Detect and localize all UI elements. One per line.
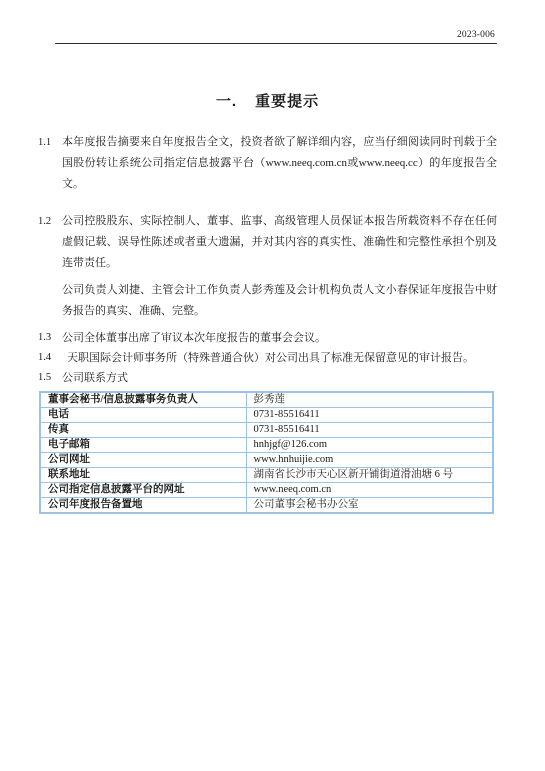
doc-number: 2023-006: [38, 29, 497, 42]
table-row-email: 电子邮箱 hnhjgf@126.com: [40, 438, 493, 453]
document-page: 2023-006 一.重要提示 1.1 本年度报告摘要来自年度报告全文，投资者欲…: [0, 0, 545, 771]
paragraph-1-2: 1.2 公司控股股东、实际控制人、董事、监事、高级管理人员保证本报告所载资料不存…: [38, 211, 497, 322]
paragraph-text: 公司全体董事出席了审议本次年度报告的董事会会议。: [62, 328, 497, 348]
table-row-disclosure-platform: 公司指定信息披露平台的网址 www.neeq.com.cn: [40, 483, 493, 498]
row-value: 彭秀莲: [246, 392, 493, 408]
table-row-phone: 电话 0731-85516411: [40, 408, 493, 423]
row-label: 联系地址: [40, 468, 246, 483]
paragraph-number: 1.4: [38, 348, 62, 368]
row-value: 0731-85516411: [246, 423, 493, 438]
row-value: hnhjgf@126.com: [246, 438, 493, 453]
paragraph-1-3: 1.3 公司全体董事出席了审议本次年度报告的董事会会议。: [38, 328, 497, 348]
page-title-text: 重要提示: [255, 93, 319, 110]
paragraph-1-2-continued: 公司负责人刘捷、主管会计工作负责人彭秀莲及会计机构负责人文小春保证年度报告中财务…: [62, 280, 497, 322]
row-label: 董事会秘书/信息披露事务负责人: [40, 392, 246, 408]
paragraph-text: 公司控股股东、实际控制人、董事、监事、高级管理人员保证本报告所载资料不存在任何虚…: [62, 211, 497, 274]
row-value: 公司董事会秘书办公室: [246, 498, 493, 514]
paragraph-text: 天职国际会计师事务所（特殊普通合伙）对公司出具了标准无保留意见的审计报告。: [62, 348, 497, 368]
paragraph-number: 1.5: [38, 368, 62, 388]
paragraph-1-4: 1.4 天职国际会计师事务所（特殊普通合伙）对公司出具了标准无保留意见的审计报告…: [38, 348, 497, 368]
row-label: 电子邮箱: [40, 438, 246, 453]
row-value: www.hnhuijie.com: [246, 453, 493, 468]
document-header: 2023-006: [38, 0, 497, 44]
row-label: 公司年度报告备置地: [40, 498, 246, 514]
table-row-secretary: 董事会秘书/信息披露事务负责人 彭秀莲: [40, 392, 493, 408]
table-row-report-location: 公司年度报告备置地 公司董事会秘书办公室: [40, 498, 493, 514]
paragraph-text: 公司联系方式: [62, 368, 497, 388]
paragraph-text: 本年度报告摘要来自年度报告全文，投资者欲了解详细内容，应当仔细阅读同时刊载于全国…: [62, 132, 497, 195]
paragraph-number: 1.3: [38, 328, 62, 348]
row-label: 公司指定信息披露平台的网址: [40, 483, 246, 498]
paragraph-number: 1.1: [38, 132, 62, 153]
row-value: www.neeq.com.cn: [246, 483, 493, 498]
page-title-number: 一.: [216, 93, 237, 110]
row-label: 电话: [40, 408, 246, 423]
document-body: 1.1 本年度报告摘要来自年度报告全文，投资者欲了解详细内容，应当仔细阅读同时刊…: [38, 132, 497, 514]
paragraph-1-5: 1.5 公司联系方式: [38, 368, 497, 388]
page-title: 一.重要提示: [38, 90, 497, 111]
header-rule: [55, 43, 497, 44]
row-value: 湖南省长沙市天心区新开铺街道滑油塘 6 号: [246, 468, 493, 483]
paragraph-number: 1.2: [38, 211, 62, 232]
row-value: 0731-85516411: [246, 408, 493, 423]
row-label: 公司网址: [40, 453, 246, 468]
contact-info-table: 董事会秘书/信息披露事务负责人 彭秀莲 电话 0731-85516411 传真 …: [39, 391, 494, 514]
table-row-fax: 传真 0731-85516411: [40, 423, 493, 438]
table-row-website: 公司网址 www.hnhuijie.com: [40, 453, 493, 468]
table-row-address: 联系地址 湖南省长沙市天心区新开铺街道滑油塘 6 号: [40, 468, 493, 483]
row-label: 传真: [40, 423, 246, 438]
paragraph-1-1: 1.1 本年度报告摘要来自年度报告全文，投资者欲了解详细内容，应当仔细阅读同时刊…: [38, 132, 497, 195]
